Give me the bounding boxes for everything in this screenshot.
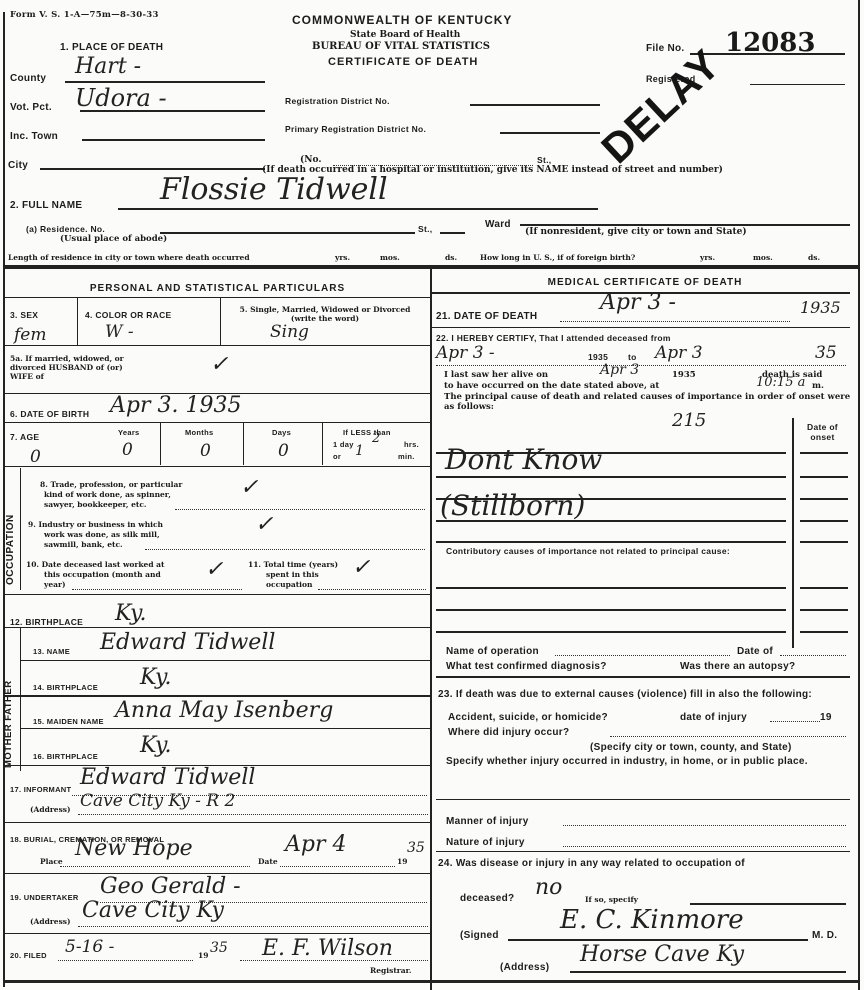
- operation-date-label: Date of: [737, 646, 773, 657]
- cause-value-2: (Stillborn): [440, 489, 585, 522]
- signed-label: (Signed: [460, 930, 499, 941]
- dob-label: 6. DATE OF BIRTH: [10, 409, 89, 419]
- physician-address-label: (Address): [500, 962, 549, 973]
- spouse-label: 5a. If married, widowed, or divorced HUS…: [10, 354, 130, 381]
- ward-label: Ward: [485, 219, 511, 230]
- title-board: State Board of Health: [350, 30, 460, 40]
- age-days-value: 0: [278, 441, 289, 461]
- last-worked-value: ✓: [205, 557, 223, 582]
- cause-value-1: Dont Know: [445, 443, 602, 476]
- deceased-label: deceased?: [460, 893, 514, 904]
- undertaker-address-value: Cave City Ky: [82, 898, 224, 923]
- physician-address-value: Horse Cave Ky: [580, 942, 744, 967]
- race-value: W -: [105, 322, 134, 342]
- st-label: St.,: [537, 155, 551, 165]
- less-hrs-value: 2: [372, 431, 380, 446]
- filed-label: 20. FILED: [10, 951, 47, 960]
- column-divider: [430, 269, 432, 990]
- undertaker-value: Geo Gerald -: [100, 874, 241, 899]
- informant-label: 17. INFORMANT: [10, 785, 71, 794]
- injury-date-label: date of injury: [680, 712, 747, 723]
- attended-to-value: Apr 3: [655, 343, 703, 363]
- death-certificate: Form V. S. 1-A—75m—8-30-33 COMMONWEALTH …: [0, 0, 864, 990]
- date-of-death-year: 1935: [800, 298, 841, 317]
- where-injury-label: Where did injury occur?: [448, 727, 569, 738]
- last-saw-value: Apr 3: [600, 362, 639, 378]
- mother-maiden-value: Anna May Isenberg: [115, 698, 333, 723]
- occupation-side-label: OCCUPATION: [5, 514, 16, 585]
- specify-injury-label: Specify whether injury occurred in indus…: [446, 756, 851, 768]
- sex-label: 3. SEX: [10, 310, 38, 320]
- mother-maiden-label: 15. MAIDEN NAME: [33, 717, 104, 726]
- primary-registration-district-label: Primary Registration District No.: [285, 124, 426, 134]
- certify-label: 22. I HEREBY CERTIFY, That I attended de…: [436, 333, 671, 343]
- contributory-label-1: Contributory causes of importance not re…: [446, 546, 730, 556]
- race-label: 4. COLOR OR RACE: [85, 310, 172, 320]
- inc-town-label: Inc. Town: [10, 131, 58, 142]
- date-of-death-value: Apr 3 -: [600, 290, 676, 315]
- time-of-death-value: 10:15 a: [756, 375, 805, 390]
- marital-label: 5. Single, Married, Widowed or Divorced …: [230, 305, 420, 323]
- delay-stamp: DELAY: [592, 40, 730, 173]
- mother-birthplace-label: 16. BIRTHPLACE: [33, 752, 98, 761]
- length-of-residence-label: Length of residence in city or town wher…: [8, 253, 250, 262]
- total-time-value: ✓: [352, 555, 370, 580]
- place-of-death-heading: 1. PLACE OF DEATH: [60, 42, 163, 53]
- marital-value: Sing: [270, 322, 309, 342]
- trade-value: ✓: [240, 475, 258, 500]
- physician-signature: E. C. Kinmore: [560, 905, 744, 935]
- parents-side-label: MOTHER FATHER: [3, 680, 14, 768]
- where-injury-note: (Specify city or town, county, and State…: [590, 742, 792, 753]
- county-label: County: [10, 73, 46, 84]
- residence-label: (a) Residence. No.: [26, 224, 105, 234]
- cause-code-value: 215: [672, 410, 706, 431]
- occupation-related-label: 24. Was disease or injury in any way rel…: [438, 858, 745, 869]
- dob-value: Apr 3. 1935: [110, 393, 241, 418]
- operation-label: Name of operation: [446, 646, 539, 657]
- birthplace-value: Ky.: [115, 601, 147, 626]
- filed-date-value: 5-16 -: [65, 937, 114, 957]
- sex-value: fem: [14, 325, 46, 345]
- nature-injury-label: Nature of injury: [446, 837, 525, 848]
- test-label: What test confirmed diagnosis?: [446, 661, 607, 672]
- age-label: 7. AGE: [10, 432, 39, 442]
- attended-to-year: 35: [815, 343, 837, 363]
- undertaker-label: 19. UNDERTAKER: [10, 893, 79, 902]
- personal-heading: PERSONAL AND STATISTICAL PARTICULARS: [5, 283, 430, 294]
- autopsy-label: Was there an autopsy?: [680, 661, 795, 672]
- foreign-birth-label: How long in U. S., if of foreign birth?: [480, 253, 635, 262]
- birthplace-label: 12. BIRTHPLACE: [10, 617, 83, 627]
- nonresident-note: (If nonresident, give city or town and S…: [525, 227, 747, 237]
- full-name-label: 2. FULL NAME: [10, 200, 82, 211]
- industry-value: ✓: [255, 512, 273, 537]
- mother-birthplace-value: Ky.: [140, 733, 172, 758]
- attended-from-value: Apr 3 -: [436, 343, 495, 363]
- burial-date-value: Apr 4: [285, 832, 346, 857]
- informant-address-value: Cave City Ky - R 2: [80, 791, 235, 811]
- father-birthplace-value: Ky.: [140, 665, 172, 690]
- filed-year-value: 35: [210, 940, 228, 956]
- full-name-value: Flossie Tidwell: [160, 172, 388, 207]
- registration-district-label: Registration District No.: [285, 96, 390, 106]
- left-border: [3, 12, 5, 987]
- manner-injury-label: Manner of injury: [446, 816, 529, 827]
- registrar-value: E. F. Wilson: [262, 936, 393, 961]
- right-border: [858, 0, 860, 990]
- date-of-onset-label: Date of onset: [795, 422, 850, 442]
- vot-pct-value: Udora -: [75, 84, 167, 112]
- age-years-value: 0: [122, 440, 133, 460]
- less-min-value: 1: [355, 443, 364, 459]
- county-value: Hart -: [75, 54, 141, 79]
- title-bureau: BUREAU OF VITAL STATISTICS: [312, 41, 490, 52]
- burial-place-value: New Hope: [75, 836, 193, 861]
- informant-value: Edward Tidwell: [80, 765, 255, 790]
- date-of-death-label: 21. DATE OF DEATH: [436, 311, 537, 322]
- father-name-value: Edward Tidwell: [100, 630, 275, 655]
- city-label: City: [8, 160, 28, 171]
- vot-pct-label: Vot. Pct.: [10, 102, 52, 113]
- title-certificate: CERTIFICATE OF DEATH: [328, 56, 478, 68]
- medical-heading: MEDICAL CERTIFICATE OF DEATH: [432, 277, 858, 288]
- external-causes-label: 23. If death was due to external causes …: [438, 689, 812, 700]
- title-commonwealth: COMMONWEALTH OF KENTUCKY: [292, 13, 512, 27]
- principal-cause-label: The principal cause of death and related…: [444, 392, 854, 412]
- residence-sublabel: (Usual place of abode): [60, 234, 167, 244]
- no-label: (No.: [300, 155, 321, 165]
- accident-label: Accident, suicide, or homicide?: [448, 712, 608, 723]
- form-number: Form V. S. 1-A—75m—8-30-33: [10, 10, 159, 20]
- age-months-value: 0: [200, 441, 211, 461]
- file-no-label: File No.: [646, 43, 685, 54]
- father-name-label: 13. NAME: [33, 647, 70, 656]
- spouse-value: ✓: [210, 352, 228, 377]
- residence-st-label: St.,: [418, 224, 432, 234]
- burial-year-value: 35: [407, 840, 425, 856]
- deceased-value: no: [535, 875, 562, 900]
- father-birthplace-label: 14. BIRTHPLACE: [33, 683, 98, 692]
- age-value: 0: [30, 447, 41, 467]
